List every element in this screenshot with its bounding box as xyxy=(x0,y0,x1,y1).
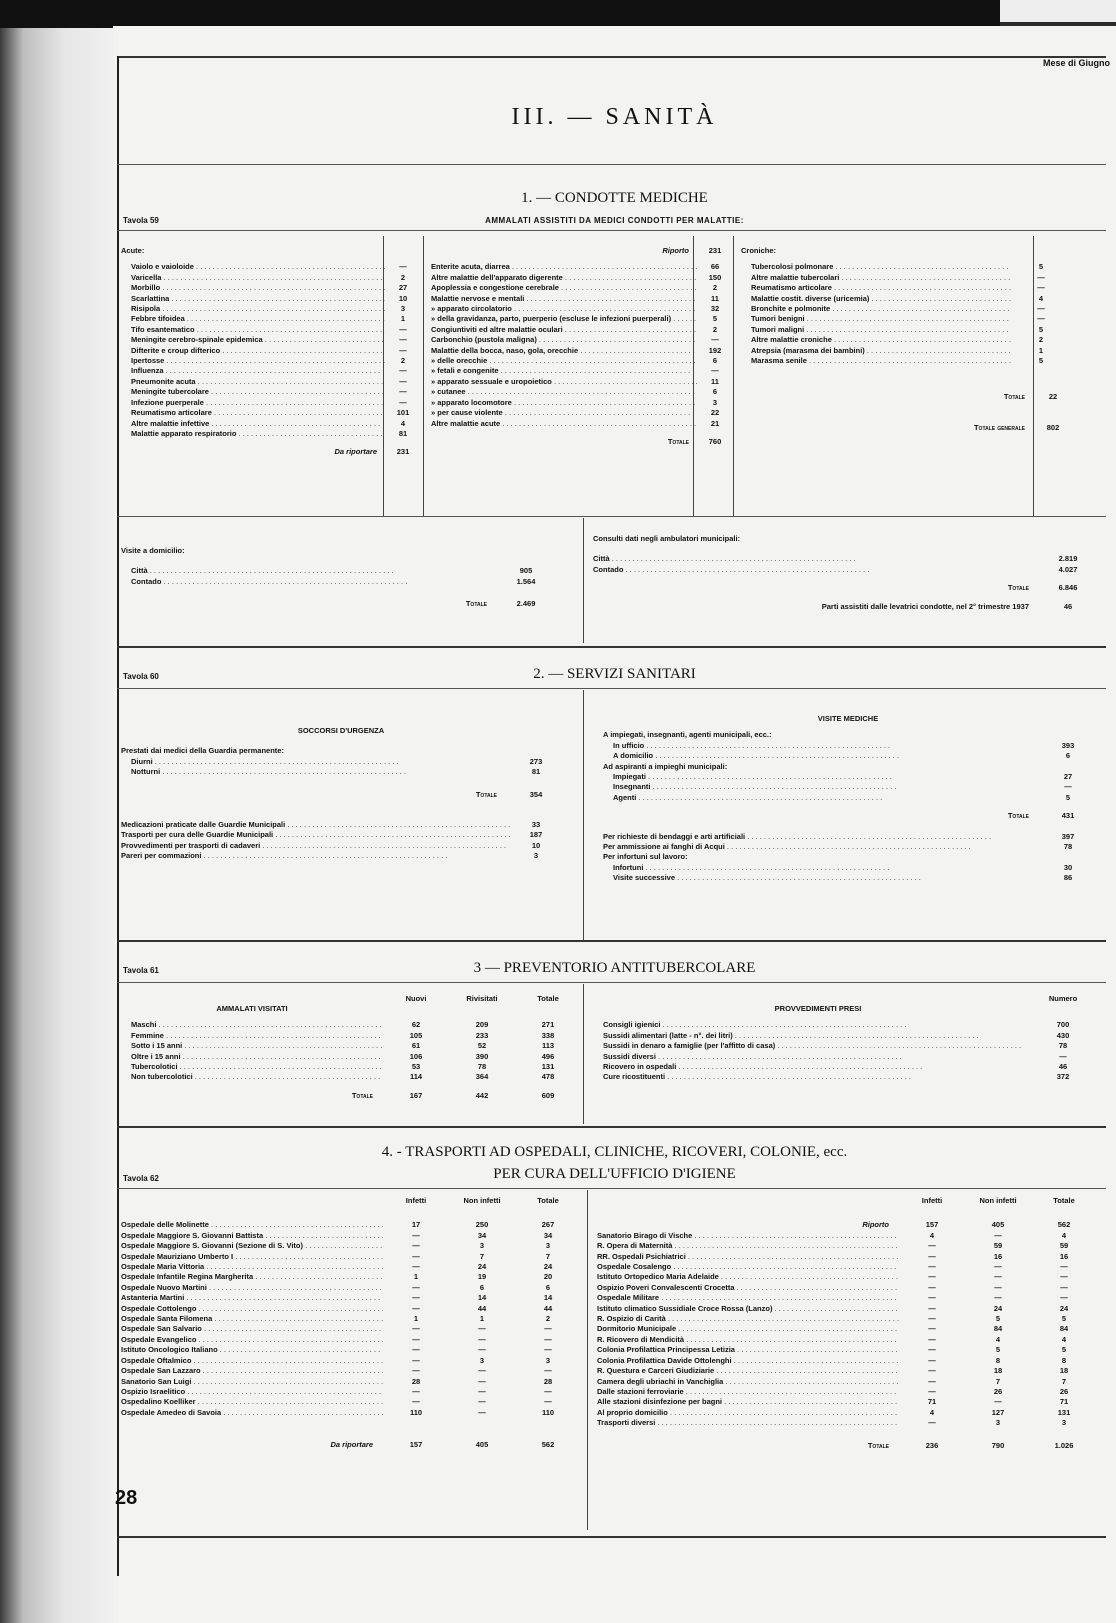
cell-value: 3 xyxy=(449,1356,515,1366)
row-value: 187 xyxy=(511,830,561,840)
row-label: Altre malattie infettive xyxy=(121,419,385,429)
row-value: 81 xyxy=(511,767,561,777)
row-value: — xyxy=(1011,283,1071,293)
row-label: Ospedale Amedeo di Savoia xyxy=(121,1408,383,1418)
row-value: — xyxy=(385,387,421,397)
divider xyxy=(117,1188,1106,1189)
table-row: Sussidi in denaro a famiglie (per l'affi… xyxy=(603,1041,1093,1051)
cell-value: 26 xyxy=(1031,1387,1097,1397)
total-value: 2.469 xyxy=(501,599,551,609)
cell-value: 271 xyxy=(515,1020,581,1030)
table-row: Trasporti diversi—33 xyxy=(597,1418,1097,1428)
column-header: Non infetti xyxy=(965,1196,1031,1206)
table-row: Malattie nervose e mentali11 xyxy=(431,294,733,304)
cell-value: 78 xyxy=(449,1062,515,1072)
cell-value: — xyxy=(383,1356,449,1366)
cell-value: — xyxy=(383,1252,449,1262)
row-label: Altre malattie acute xyxy=(431,419,697,429)
table-row: Altre malattie tubercolari— xyxy=(741,273,1071,283)
cell-value: — xyxy=(1031,1293,1097,1303)
row-value: 46 xyxy=(1033,1062,1093,1072)
table-row: Tubercolotici5378131 xyxy=(121,1062,581,1072)
row-label: Istituto Oncologico Italiano xyxy=(121,1345,383,1355)
row-label: Agenti xyxy=(603,793,1043,803)
table-row: Non tubercolotici114364478 xyxy=(121,1072,581,1082)
table-row: Atrepsia (marasma dei bambini)1 xyxy=(741,346,1071,356)
column-rule xyxy=(1033,236,1034,516)
total-value: 609 xyxy=(515,1091,581,1101)
column-rule xyxy=(733,236,734,516)
cell-value: 8 xyxy=(1031,1356,1097,1366)
group-label: Prestati dai medici della Guardia perman… xyxy=(121,746,561,756)
row-label: Alle stazioni disinfezione per bagni xyxy=(597,1397,899,1407)
trasporti-left-table: InfettiNon infettiTotale Ospedale delle … xyxy=(121,1196,581,1451)
cell-value: 14 xyxy=(449,1293,515,1303)
row-label: Ospedale Evangelico xyxy=(121,1335,383,1345)
row-value: 397 xyxy=(1043,832,1093,842)
row-value: 11 xyxy=(697,294,733,304)
cell-value: 62 xyxy=(383,1020,449,1030)
scan-edge xyxy=(1000,0,1116,22)
row-label: Istituto Ortopedico Maria Adelaide xyxy=(597,1272,899,1282)
row-label: Maschi xyxy=(121,1020,383,1030)
cell-value: — xyxy=(1031,1262,1097,1272)
table-row: Alle stazioni disinfezione per bagni71—7… xyxy=(597,1397,1097,1407)
table-row: Ricovero in ospedali46 xyxy=(603,1062,1093,1072)
cell-value: — xyxy=(965,1272,1031,1282)
table-row: Ospedale Oftalmico—33 xyxy=(121,1356,581,1366)
cell-value: — xyxy=(449,1387,515,1397)
row-value: 6 xyxy=(697,356,733,366)
row-label: Consigli igienici xyxy=(603,1020,1033,1030)
cell-value: 3 xyxy=(449,1241,515,1251)
table-row: Infortuni30 xyxy=(603,863,1093,873)
table-row: Sussidi alimentari (latte - n°. dei litr… xyxy=(603,1031,1093,1041)
row-label: Carbonchio (pustola maligna) xyxy=(431,335,697,345)
row-label: Cure ricostituenti xyxy=(603,1072,1033,1082)
row-value: 3 xyxy=(697,398,733,408)
row-label: Trasporti diversi xyxy=(597,1418,899,1428)
row-label: Camera degli ubriachi in Vanchiglia xyxy=(597,1377,899,1387)
row-label: Malattie della bocca, naso, gola, orecch… xyxy=(431,346,697,356)
row-label: Provvedimenti per trasporti di cadaveri xyxy=(121,841,511,851)
row-label: Colonia Profilattica Davide Ottolenghi xyxy=(597,1356,899,1366)
cell-value: 28 xyxy=(383,1377,449,1387)
row-label: Notturni xyxy=(121,767,511,777)
row-label: Ospedale San Lazzaro xyxy=(121,1366,383,1376)
table-row: Notturni81 xyxy=(121,767,561,777)
row-value: 3 xyxy=(511,851,561,861)
table-row: Varicella2 xyxy=(121,273,421,283)
parti-value: 46 xyxy=(1043,602,1093,612)
table-row: Pneumonite acuta— xyxy=(121,377,421,387)
row-label: Ospedale Cosalengo xyxy=(597,1262,899,1272)
cell-value: — xyxy=(965,1262,1031,1272)
carry-value: 231 xyxy=(385,447,421,457)
table-row: R. Questura e Carceri Giudiziarie—1818 xyxy=(597,1366,1097,1376)
row-value: 2 xyxy=(385,273,421,283)
row-value: 5 xyxy=(1011,356,1071,366)
total-label: Totale xyxy=(121,790,511,800)
total-value: 167 xyxy=(383,1091,449,1101)
table-row: Per ammissione ai fanghi di Acqui78 xyxy=(603,842,1093,852)
row-label: Enterite acuta, diarrea xyxy=(431,262,697,272)
cell-value: 4 xyxy=(1031,1231,1097,1241)
row-value: 78 xyxy=(1033,1041,1093,1051)
table-row: » apparato circolatorio32 xyxy=(431,304,733,314)
table-row: Femmine105233338 xyxy=(121,1031,581,1041)
table-row: Ospedale Militare——— xyxy=(597,1293,1097,1303)
cell-value: 390 xyxy=(449,1052,515,1062)
table-row: Diurni273 xyxy=(121,757,561,767)
row-label: Ospedale Militare xyxy=(597,1293,899,1303)
cell-value: 84 xyxy=(965,1324,1031,1334)
table-row: Febbre tifoidea1 xyxy=(121,314,421,324)
table-row: Scarlattina10 xyxy=(121,294,421,304)
row-label: Dormitorio Municipale xyxy=(597,1324,899,1334)
total-value: 157 xyxy=(899,1220,965,1230)
acute-heading: Acute: xyxy=(121,246,421,256)
row-value: 1 xyxy=(1011,346,1071,356)
divider xyxy=(117,230,1106,231)
group-label: Ad aspiranti a impieghi municipali: xyxy=(603,762,1093,772)
column-rule xyxy=(693,236,694,516)
column-rule xyxy=(583,984,584,1124)
row-label: Ospedale Infantile Regina Margherita xyxy=(121,1272,383,1282)
cell-value: 3 xyxy=(515,1241,581,1251)
row-label: Altre malattie dell'apparato digerente xyxy=(431,273,697,283)
table-row: Ospedale Evangelico——— xyxy=(121,1335,581,1345)
row-value: 10 xyxy=(385,294,421,304)
row-label: Contado xyxy=(593,565,1043,575)
row-value: 430 xyxy=(1033,1031,1093,1041)
table-row: Ospedale San Salvario——— xyxy=(121,1324,581,1334)
cell-value: — xyxy=(899,1314,965,1324)
grand-total-label: Totale generale xyxy=(741,423,1035,433)
row-label: Meningite cerebro-spinale epidemica xyxy=(121,335,385,345)
cell-value: — xyxy=(899,1418,965,1428)
table-row: Camera degli ubriachi in Vanchiglia—77 xyxy=(597,1377,1097,1387)
row-label: » delle orecchie xyxy=(431,356,697,366)
cell-value: 5 xyxy=(965,1345,1031,1355)
row-label: Ospedale Santa Filomena xyxy=(121,1314,383,1324)
row-label: Istituto climatico Sussidiale Croce Ross… xyxy=(597,1304,899,1314)
divider xyxy=(117,1536,1106,1538)
cell-value: 3 xyxy=(1031,1418,1097,1428)
cell-value: — xyxy=(383,1324,449,1334)
row-label: » apparato locomotore xyxy=(431,398,697,408)
row-label: A domicilio xyxy=(603,751,1043,761)
consulti-heading: Consulti dati negli ambulatori municipal… xyxy=(593,534,1093,544)
table-row: Agenti5 xyxy=(603,793,1093,803)
table-row: Tifo esantematico— xyxy=(121,325,421,335)
cell-value: — xyxy=(965,1283,1031,1293)
table-row: Infezione puerperale— xyxy=(121,398,421,408)
row-label: In ufficio xyxy=(603,741,1043,751)
cell-value: — xyxy=(899,1293,965,1303)
table-row: » fetali e congenite— xyxy=(431,366,733,376)
total-value: 562 xyxy=(1031,1220,1097,1230)
cell-value: 105 xyxy=(383,1031,449,1041)
table-row: Maschi62209271 xyxy=(121,1020,581,1030)
row-value: 6 xyxy=(1043,751,1093,761)
row-label: Impiegati xyxy=(603,772,1043,782)
table-row: Cure ricostituenti372 xyxy=(603,1072,1093,1082)
table-row: Consigli igienici700 xyxy=(603,1020,1093,1030)
row-value: 33 xyxy=(511,820,561,830)
row-label: Risipola xyxy=(121,304,385,314)
row-value: 372 xyxy=(1033,1072,1093,1082)
row-label: Congiuntiviti ed altre malattie oculari xyxy=(431,325,697,335)
row-label: Tumori benigni xyxy=(741,314,1011,324)
table-row: » apparato sessuale e uropoietico11 xyxy=(431,377,733,387)
row-label: Pneumonite acuta xyxy=(121,377,385,387)
table-row: Istituto Ortopedico Maria Adelaide——— xyxy=(597,1272,1097,1282)
table-row: Reumatismo articolare— xyxy=(741,283,1071,293)
table-row: Ospedale Amedeo di Savoia110—110 xyxy=(121,1408,581,1418)
carry-label: Da riportare xyxy=(121,447,385,457)
scan-edge xyxy=(0,0,1000,28)
riporto-label: Riporto xyxy=(597,1220,899,1230)
cell-value: — xyxy=(515,1345,581,1355)
cell-value: — xyxy=(899,1304,965,1314)
cell-value: 7 xyxy=(1031,1377,1097,1387)
row-label: Scarlattina xyxy=(121,294,385,304)
riporto-value: 231 xyxy=(697,246,733,256)
row-label: Sussidi in denaro a famiglie (per l'affi… xyxy=(603,1041,1033,1051)
row-label: Contado xyxy=(121,577,501,587)
table-row: Impiegati27 xyxy=(603,772,1093,782)
total-label: Totale xyxy=(593,583,1043,593)
column-header: Totale xyxy=(515,1196,581,1206)
row-label: R. Questura e Carceri Giudiziarie xyxy=(597,1366,899,1376)
riporto-label: Riporto xyxy=(431,246,697,256)
table-row: R. Ospizio di Carità—55 xyxy=(597,1314,1097,1324)
column-header: Rivisitati xyxy=(449,994,515,1014)
row-label: Sussidi diversi xyxy=(603,1052,1033,1062)
cell-value: 6 xyxy=(449,1283,515,1293)
row-value: 78 xyxy=(1043,842,1093,852)
cell-value: 6 xyxy=(515,1283,581,1293)
cell-value: — xyxy=(899,1345,965,1355)
cell-value: 364 xyxy=(449,1072,515,1082)
column-rule xyxy=(583,518,584,643)
row-label: Visite successive xyxy=(603,873,1043,883)
cell-value: — xyxy=(383,1366,449,1376)
cell-value: 338 xyxy=(515,1031,581,1041)
cell-value: — xyxy=(449,1366,515,1376)
row-label: Città xyxy=(121,566,501,576)
row-label: » apparato circolatorio xyxy=(431,304,697,314)
table-row: Vaiolo e vaioloide— xyxy=(121,262,421,272)
row-value: 4.027 xyxy=(1043,565,1093,575)
total-value: 157 xyxy=(383,1440,449,1450)
row-value: 192 xyxy=(697,346,733,356)
row-label: » fetali e congenite xyxy=(431,366,697,376)
cell-value: — xyxy=(1031,1272,1097,1282)
divider xyxy=(117,982,1106,983)
cell-value: — xyxy=(965,1397,1031,1407)
row-value: — xyxy=(385,262,421,272)
row-label: » della gravidanza, parto, puerperio (es… xyxy=(431,314,697,324)
row-label: Dalle stazioni ferroviarie xyxy=(597,1387,899,1397)
cell-value: 26 xyxy=(965,1387,1031,1397)
cell-value: 113 xyxy=(515,1041,581,1051)
table-row: Apoplessia e congestione cerebrale2 xyxy=(431,283,733,293)
visite-mediche-table: VISITE MEDICHE A impiegati, insegnanti, … xyxy=(603,714,1093,884)
divider xyxy=(117,688,1106,689)
table-row: Al proprio domicilio4127131 xyxy=(597,1408,1097,1418)
row-label: Marasma senile xyxy=(741,356,1011,366)
cell-value: 4 xyxy=(899,1408,965,1418)
table-row: Pareri per commazioni3 xyxy=(121,851,561,861)
table-row: Meningite cerebro-spinale epidemica— xyxy=(121,335,421,345)
table-row: Ospedale San Lazzaro——— xyxy=(121,1366,581,1376)
column-rule xyxy=(383,236,384,516)
row-value: — xyxy=(385,335,421,345)
row-label: Tifo esantematico xyxy=(121,325,385,335)
cell-value: — xyxy=(383,1335,449,1345)
column-rule xyxy=(583,690,584,940)
row-label: Pareri per commazioni xyxy=(121,851,511,861)
row-value: 273 xyxy=(511,757,561,767)
table-row: Per richieste di bendaggi e arti artific… xyxy=(603,832,1093,842)
row-label: Bronchite e polmonite xyxy=(741,304,1011,314)
cell-value: — xyxy=(383,1262,449,1272)
row-label: Per richieste di bendaggi e arti artific… xyxy=(603,832,1043,842)
row-label: Altre malattie croniche xyxy=(741,335,1011,345)
table-row: Istituto climatico Sussidiale Croce Ross… xyxy=(597,1304,1097,1314)
row-value: 86 xyxy=(1043,873,1093,883)
row-label: Febbre tifoidea xyxy=(121,314,385,324)
cell-value: 7 xyxy=(449,1252,515,1262)
row-label: Ospedale delle Molinette xyxy=(121,1220,383,1230)
section-title-2: PER CURA DELL'UFFICIO D'IGIENE xyxy=(113,1166,1116,1183)
row-value: 3 xyxy=(385,304,421,314)
row-label: » apparato sessuale e uropoietico xyxy=(431,377,697,387)
row-label: Femmine xyxy=(121,1031,383,1041)
row-value: — xyxy=(1011,314,1071,324)
table-row: Ospedale Maggiore S. Giovanni (Sezione d… xyxy=(121,1241,581,1251)
table-row: Malattie apparato respiratorio81 xyxy=(121,429,421,439)
cell-value: 8 xyxy=(965,1356,1031,1366)
row-label: Trasporti per cura delle Guardie Municip… xyxy=(121,830,511,840)
row-label: Influenza xyxy=(121,366,385,376)
cell-value: 16 xyxy=(1031,1252,1097,1262)
cell-value: 34 xyxy=(449,1231,515,1241)
cell-value: 127 xyxy=(965,1408,1031,1418)
cell-value: 61 xyxy=(383,1041,449,1051)
acute-table: Acute: Vaiolo e vaioloide—Varicella2Morb… xyxy=(121,246,421,458)
row-value: — xyxy=(1033,1052,1093,1062)
cell-value: 44 xyxy=(515,1304,581,1314)
row-value: — xyxy=(697,366,733,376)
table-row: Difterite e croup difterico— xyxy=(121,346,421,356)
table-row: Sanatorio San Luigi28—28 xyxy=(121,1377,581,1387)
total-value: 431 xyxy=(1043,811,1093,821)
total-value: 790 xyxy=(965,1441,1031,1451)
row-label: Insegnanti xyxy=(603,782,1043,792)
total-label: Totale xyxy=(121,1091,383,1101)
row-value: — xyxy=(1043,782,1093,792)
cell-value: 24 xyxy=(1031,1304,1097,1314)
table-row: Trasporti per cura delle Guardie Municip… xyxy=(121,830,561,840)
grand-total-value: 802 xyxy=(1035,423,1071,433)
row-label: Medicazioni praticate dalle Guardie Muni… xyxy=(121,820,511,830)
row-value: 27 xyxy=(385,283,421,293)
cell-value: — xyxy=(1031,1283,1097,1293)
table-row: Altre malattie infettive4 xyxy=(121,419,421,429)
table-row: Tumori benigni— xyxy=(741,314,1071,324)
cell-value: — xyxy=(899,1324,965,1334)
divider xyxy=(117,516,1106,517)
cell-value: — xyxy=(899,1283,965,1293)
row-label: Ricovero in ospedali xyxy=(603,1062,1033,1072)
row-label: Infortuni xyxy=(603,863,1043,873)
cell-value: 4 xyxy=(899,1231,965,1241)
table-row: Malattie costit. diverse (uricemia)4 xyxy=(741,294,1071,304)
total-label: Totale xyxy=(741,392,1035,402)
cell-value: 59 xyxy=(1031,1241,1097,1251)
cell-value: — xyxy=(383,1293,449,1303)
row-label: Vaiolo e vaioloide xyxy=(121,262,385,272)
trasporti-right-table: InfettiNon infettiTotale Riporto15740556… xyxy=(597,1196,1097,1451)
cell-value: 5 xyxy=(1031,1345,1097,1355)
column-header: Non infetti xyxy=(449,1196,515,1206)
table-row: Altre malattie dell'apparato digerente15… xyxy=(431,273,733,283)
row-label: Ospedale Maggiore S. Giovanni Battista xyxy=(121,1231,383,1241)
table-row: Reumatismo articolare101 xyxy=(121,408,421,418)
table-row: Contado1.564 xyxy=(121,577,551,587)
row-label: Ospedale Maggiore S. Giovanni (Sezione d… xyxy=(121,1241,383,1251)
table-row: Altre malattie croniche2 xyxy=(741,335,1071,345)
cell-value: — xyxy=(965,1293,1031,1303)
group-label: Per infortuni sul lavoro: xyxy=(603,852,1093,862)
cell-value: — xyxy=(449,1324,515,1334)
cell-value: — xyxy=(899,1272,965,1282)
total-value: 22 xyxy=(1035,392,1071,402)
cell-value: — xyxy=(515,1335,581,1345)
cell-value: — xyxy=(515,1387,581,1397)
total-value: 562 xyxy=(515,1440,581,1450)
cell-value: — xyxy=(899,1377,965,1387)
table-row: Ospizio Israelitico——— xyxy=(121,1387,581,1397)
cell-value: 250 xyxy=(449,1220,515,1230)
divider xyxy=(117,940,1106,942)
column-header: Totale xyxy=(515,994,581,1014)
table-row: Ipertosse2 xyxy=(121,356,421,366)
section-title: 3 — PREVENTORIO ANTITUBERCOLARE xyxy=(113,960,1116,977)
cell-value: 71 xyxy=(1031,1397,1097,1407)
table-row: Ospedale Santa Filomena112 xyxy=(121,1314,581,1324)
chroniche-table: Croniche: Tubercolosi polmonare5Altre ma… xyxy=(741,246,1071,433)
column-rule xyxy=(423,236,424,516)
table-row: Marasma senile5 xyxy=(741,356,1071,366)
row-value: 5 xyxy=(1011,262,1071,272)
cell-value: 24 xyxy=(449,1262,515,1272)
table-row: R. Opera di Maternità—5959 xyxy=(597,1241,1097,1251)
row-label: R. Ospizio di Carità xyxy=(597,1314,899,1324)
row-value: 21 xyxy=(697,419,733,429)
cell-value: 131 xyxy=(515,1062,581,1072)
row-value: — xyxy=(385,377,421,387)
page-number: 28 xyxy=(115,1487,137,1510)
table-row: Risipola3 xyxy=(121,304,421,314)
row-label: Malattie nervose e mentali xyxy=(431,294,697,304)
row-label: » cutanee xyxy=(431,387,697,397)
consulti-table: Consulti dati negli ambulatori municipal… xyxy=(593,534,1093,612)
visite-table: Visite a domicilio: Città905Contado1.564… xyxy=(121,546,551,610)
